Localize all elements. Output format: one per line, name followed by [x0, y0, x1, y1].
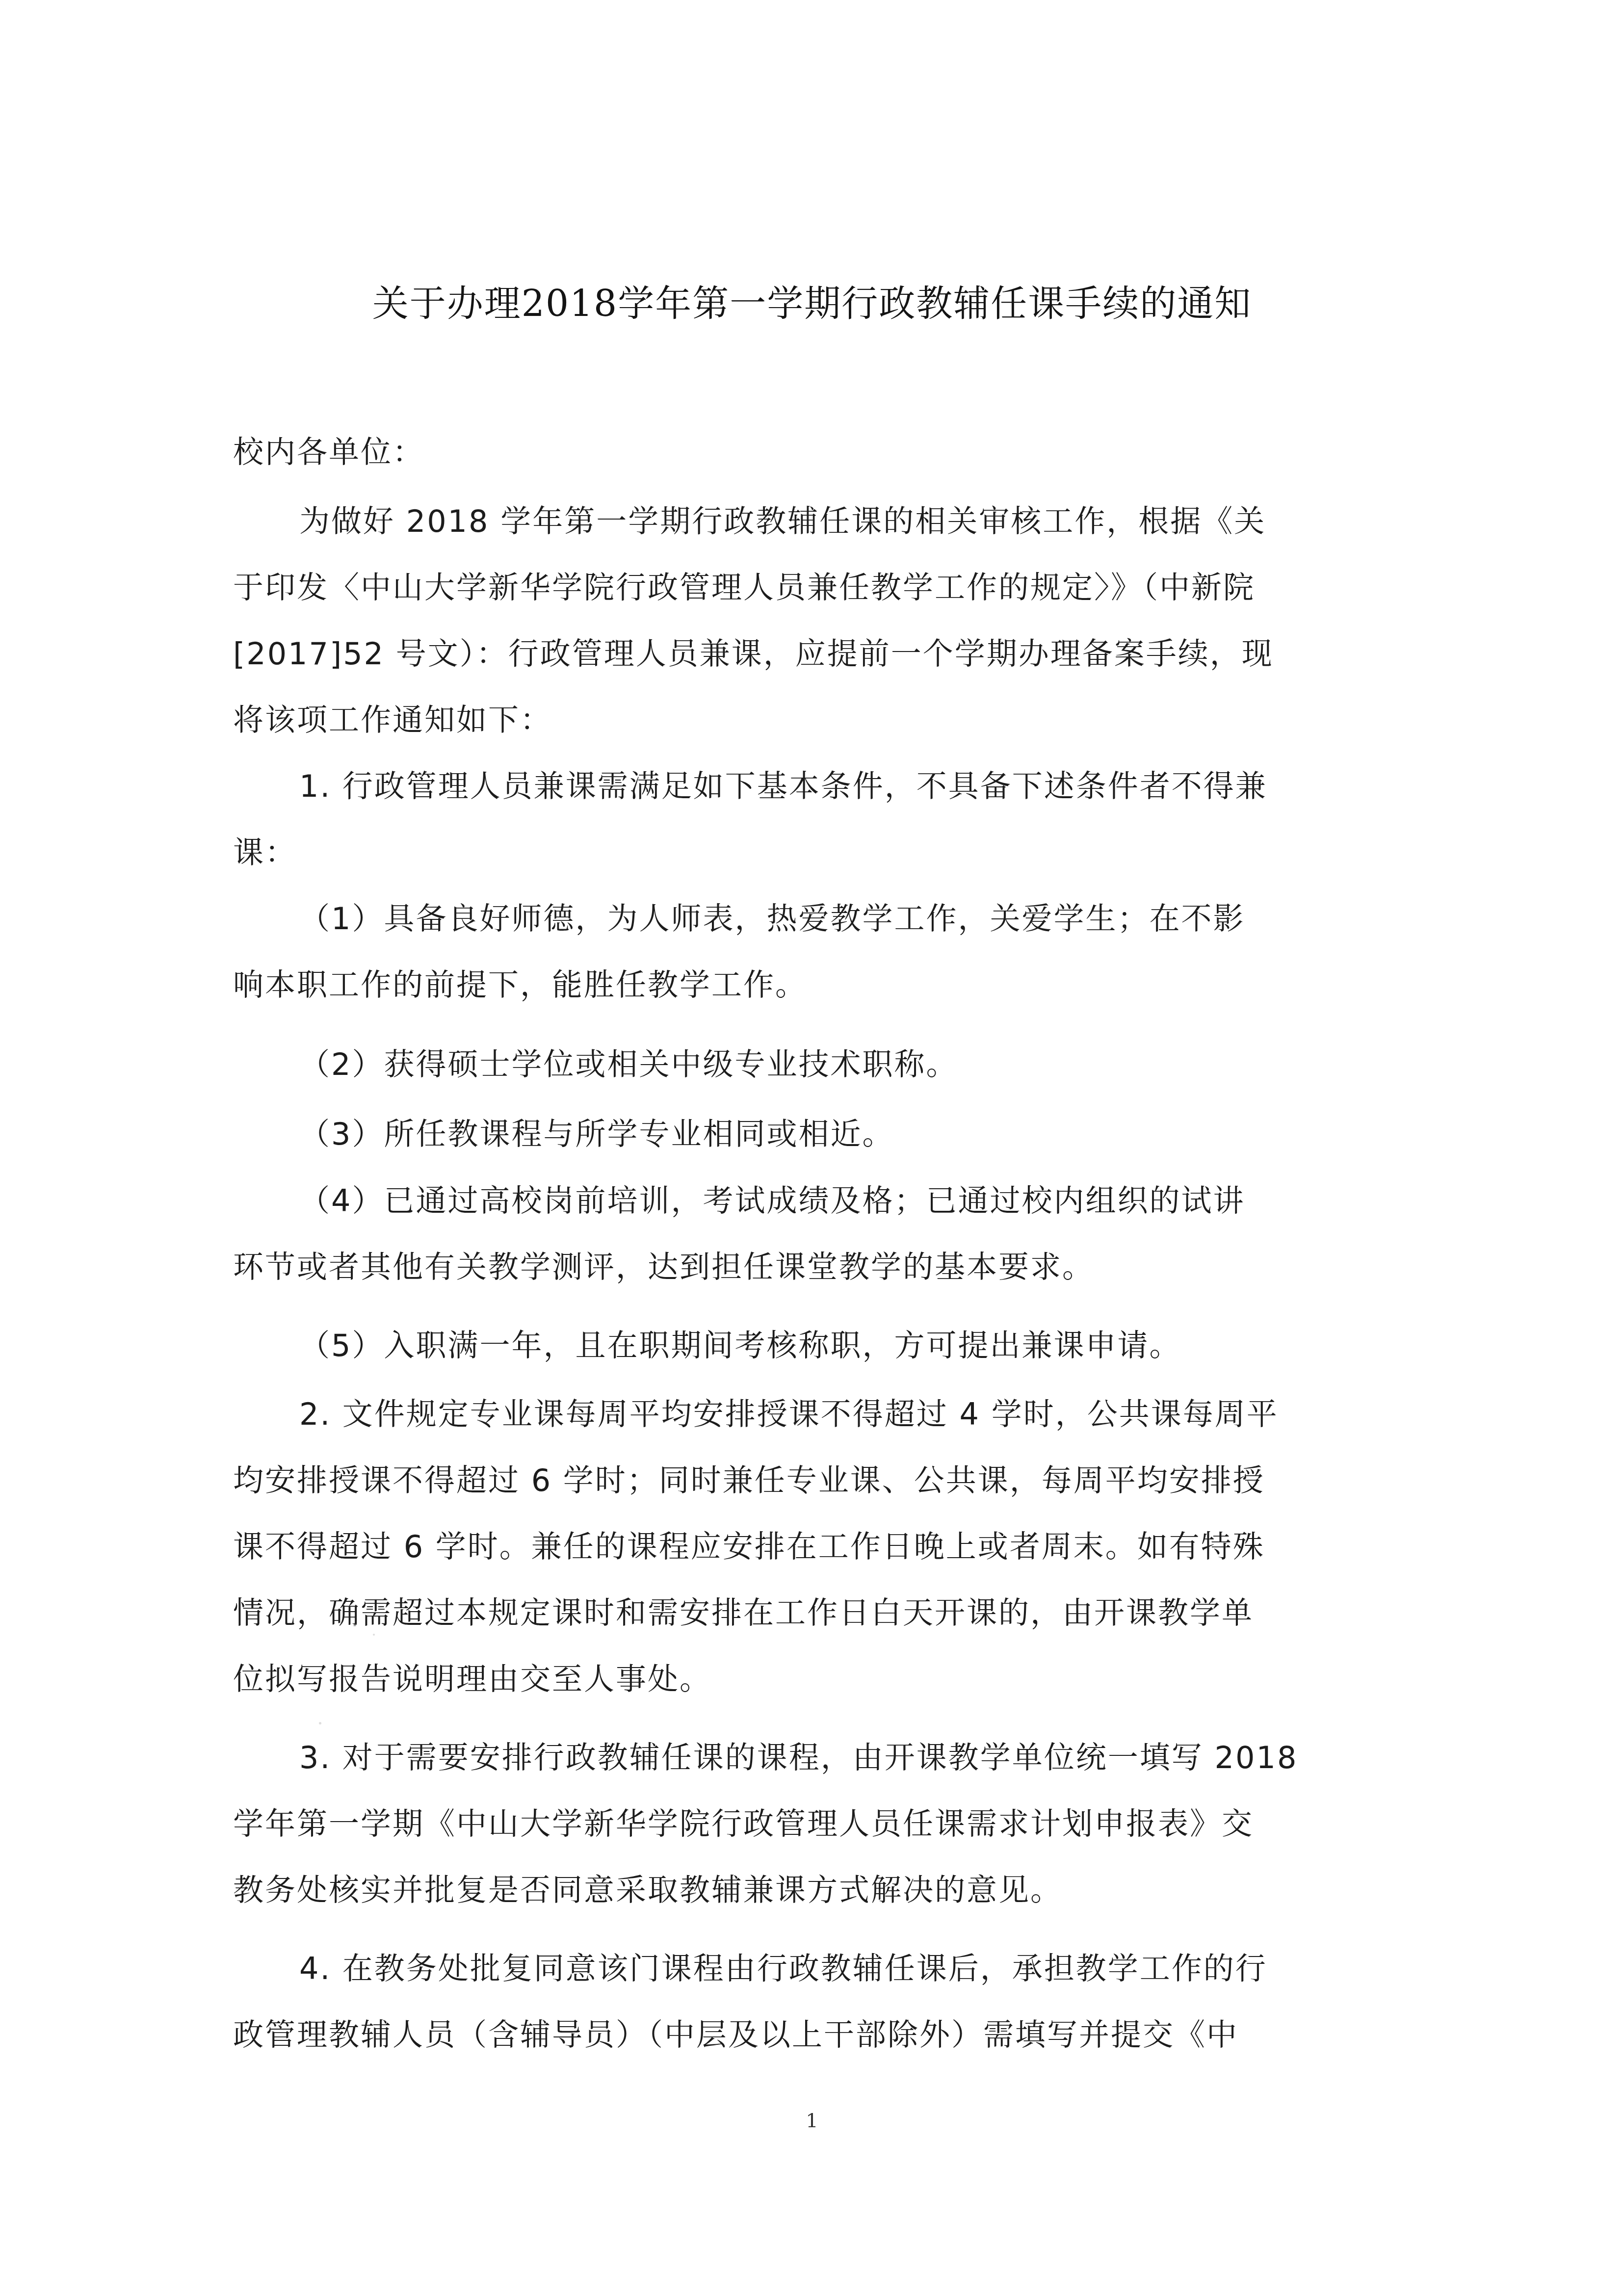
salutation: 校内各单位：	[233, 428, 424, 471]
body-line: 情况，确需超过本规定课时和需安排在工作日白天开课的，由开课教学单	[233, 1589, 1254, 1632]
document-title: 关于办理2018学年第一学期行政教辅任课手续的通知	[0, 275, 1624, 327]
body-line: 1. 行政管理人员兼课需满足如下基本条件，不具备下述条件者不得兼	[299, 762, 1267, 806]
body-line: 3. 对于需要安排行政教辅任课的课程，由开课教学单位统一填写 2018	[299, 1733, 1298, 1777]
body-line: （3）所任教课程与所学专业相同或相近。	[299, 1110, 894, 1153]
body-line: 于印发〈中山大学新华学院行政管理人员兼任教学工作的规定〉》（中新院	[233, 563, 1255, 607]
document-page: 关于办理2018学年第一学期行政教辅任课手续的通知 校内各单位： 为做好 201…	[0, 0, 1624, 2296]
body-line: 课：	[233, 828, 297, 872]
body-line: 将该项工作通知如下：	[233, 696, 552, 739]
body-line: 4. 在教务处批复同意该门课程由行政教辅任课后，承担教学工作的行	[299, 1944, 1267, 1988]
body-line: 2. 文件规定专业课每周平均安排授课不得超过 4 学时，公共课每周平	[299, 1390, 1279, 1434]
body-line: 教务处核实并批复是否同意采取教辅兼课方式解决的意见。	[233, 1866, 1062, 1909]
body-line: （5）入职满一年，且在职期间考核称职，方可提出兼课申请。	[299, 1321, 1181, 1365]
body-line: 环节或者其他有关教学测评，达到担任课堂教学的基本要求。	[233, 1243, 1094, 1286]
body-line: 位拟写报告说明理由交至人事处。	[233, 1655, 711, 1698]
scan-speck	[373, 1634, 375, 1636]
body-line: 政管理教辅人员（含辅导员）（中层及以上干部除外）需填写并提交《中	[233, 2010, 1238, 2054]
body-line: 为做好 2018 学年第一学期行政教辅任课的相关审核工作，根据《关	[299, 497, 1266, 541]
body-line: （2）获得硕士学位或相关中级专业技术职称。	[299, 1040, 958, 1084]
body-line: [2017]52 号文）：行政管理人员兼课，应提前一个学期办理备案手续，现	[233, 629, 1274, 673]
scan-speck	[353, 1624, 356, 1627]
body-line: 学年第一学期《中山大学新华学院行政管理人员任课需求计划申报表》交	[233, 1800, 1254, 1843]
scan-speck	[319, 1722, 321, 1724]
body-line: 响本职工作的前提下，能胜任教学工作。	[233, 961, 807, 1004]
body-line: 均安排授课不得超过 6 学时；同时兼任专业课、公共课，每周平均安排授	[233, 1456, 1265, 1500]
page-number: 1	[0, 2110, 1624, 2132]
body-line: （4）已通过高校岗前培训，考试成绩及格；已通过校内组织的试讲	[299, 1176, 1245, 1220]
body-line: （1）具备良好师德，为人师表，热爱教学工作，关爱学生；在不影	[299, 894, 1245, 938]
body-line: 课不得超过 6 学时。兼任的课程应安排在工作日晚上或者周末。如有特殊	[233, 1522, 1265, 1566]
